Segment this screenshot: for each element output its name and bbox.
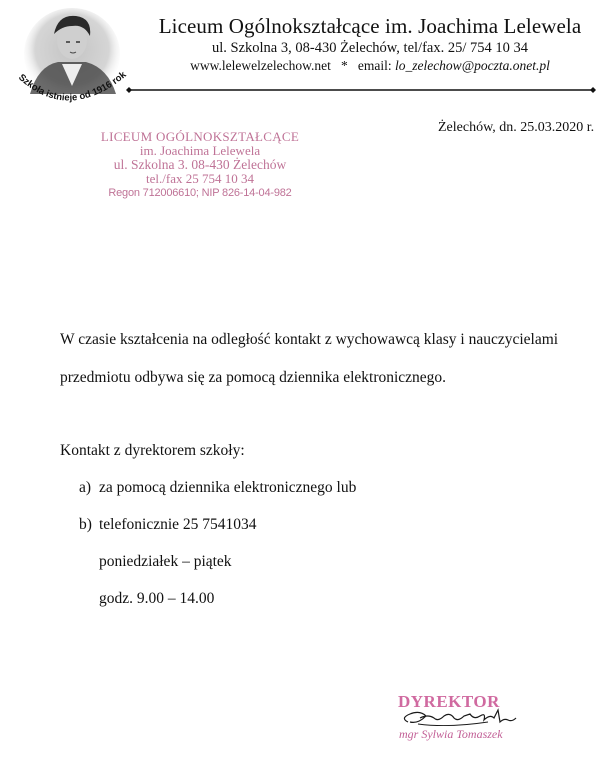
separator-asterisk: * <box>341 58 348 73</box>
list-item-phone: telefonicznie 25 7541034 <box>99 516 257 534</box>
contact-days: poniedziałek – piątek <box>99 553 232 571</box>
stamp-line-school: LICEUM OGÓLNOKSZTAŁCĄCE <box>95 130 305 144</box>
stamp-line-address: ul. Szkolna 3. 08-430 Żelechów <box>95 158 305 172</box>
school-logo-portrait: Szkoła istnieje od 1916 roku <box>8 6 136 114</box>
paragraph-line-1: W czasie kształcenia na odległość kontak… <box>60 331 558 349</box>
letter-date: Żelechów, dn. 25.03.2020 r. <box>438 120 594 136</box>
paragraph-line-2: przedmiotu odbywa się za pomocą dziennik… <box>60 369 446 387</box>
email-label: email: <box>358 58 392 73</box>
school-name-title: Liceum Ogólnokształcące im. Joachima Lel… <box>150 14 590 39</box>
school-address: ul. Szkolna 3, 08-430 Żelechów, tel/fax.… <box>150 40 590 57</box>
stamp-line-patron: im. Joachima Lelewela <box>95 144 305 158</box>
school-stamp: LICEUM OGÓLNOKSZTAŁCĄCE im. Joachima Lel… <box>95 130 305 200</box>
header-divider <box>126 80 596 86</box>
list-item-electronic-journal: za pomocą dziennika elektronicznego lub <box>99 479 356 497</box>
portrait-icon: Szkoła istnieje od 1916 roku <box>8 6 136 114</box>
list-marker-b: b) <box>79 516 92 534</box>
director-name: mgr Sylwia Tomaszek <box>399 727 503 742</box>
school-email[interactable]: lo_zelechow@poczta.onet.pl <box>395 58 550 73</box>
school-website[interactable]: www.lelewelzelechow.net <box>190 58 331 73</box>
contact-heading: Kontakt z dyrektorem szkoły: <box>60 442 245 460</box>
school-contact-line: www.lelewelzelechow.net * email: lo_zele… <box>150 58 590 74</box>
list-marker-a: a) <box>79 479 91 497</box>
stamp-line-regon: Regon 712006610; NIP 826-14-04-982 <box>95 186 305 200</box>
contact-hours: godz. 9.00 – 14.00 <box>99 590 214 608</box>
stamp-line-phone: tel./fax 25 754 10 34 <box>95 172 305 186</box>
